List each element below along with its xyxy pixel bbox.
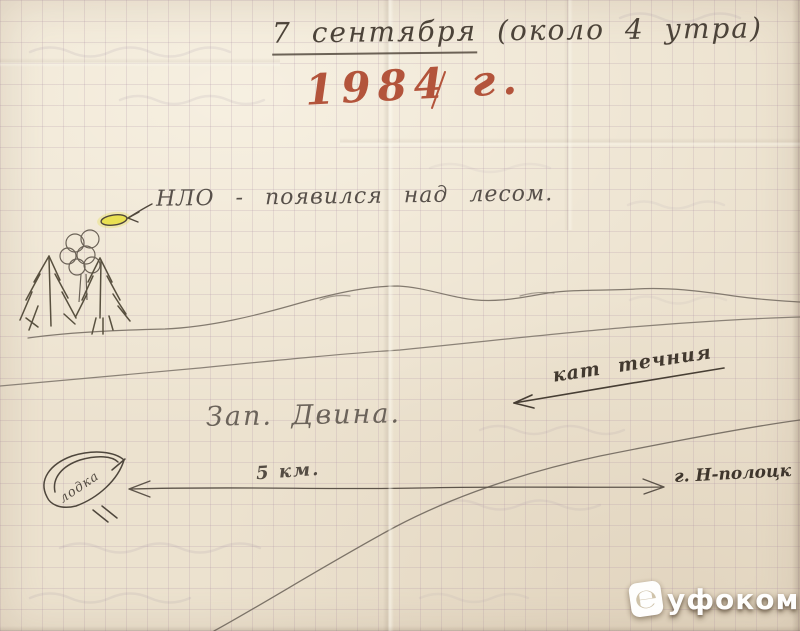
- far-bank-line: [28, 286, 800, 338]
- fold-crease-horizontal: [340, 138, 800, 147]
- ufo-pointer-arrow: [128, 204, 152, 222]
- watermark: ℮ уфоком: [630, 582, 799, 616]
- title-year: 1984 г.: [304, 54, 525, 114]
- watermark-text: уфоком: [667, 583, 799, 616]
- deciduous-tree-icon: [60, 230, 100, 302]
- fir-tree-icon: [76, 258, 130, 334]
- ufo-label: НЛО - появился над лесом.: [156, 181, 554, 212]
- city-label: г. Н-полоцк: [674, 461, 792, 487]
- river-label: Зап. Двина.: [206, 398, 402, 432]
- fold-crease-horizontal: [0, 58, 280, 67]
- distance-double-arrow: [129, 479, 664, 497]
- page-edge-shadow: [792, 0, 800, 631]
- fir-tree-icon: [20, 256, 76, 330]
- ufo-ellipse-icon: [96, 210, 132, 231]
- scanned-notebook-page: 7 сентября (около 4 утра) 1984 г. НЛО - …: [0, 0, 800, 631]
- boat-label: лодка: [57, 469, 103, 507]
- ufocom-logo-icon: ℮: [628, 580, 664, 618]
- page-edge-shadow: [0, 626, 800, 631]
- current-label: кат течния: [551, 341, 713, 386]
- distance-label: 5 км.: [255, 459, 321, 484]
- title-date: 7 сентября: [272, 14, 477, 55]
- title-time: (около 4 утра): [497, 11, 763, 47]
- title-date-line: 7 сентября (около 4 утра): [272, 11, 763, 49]
